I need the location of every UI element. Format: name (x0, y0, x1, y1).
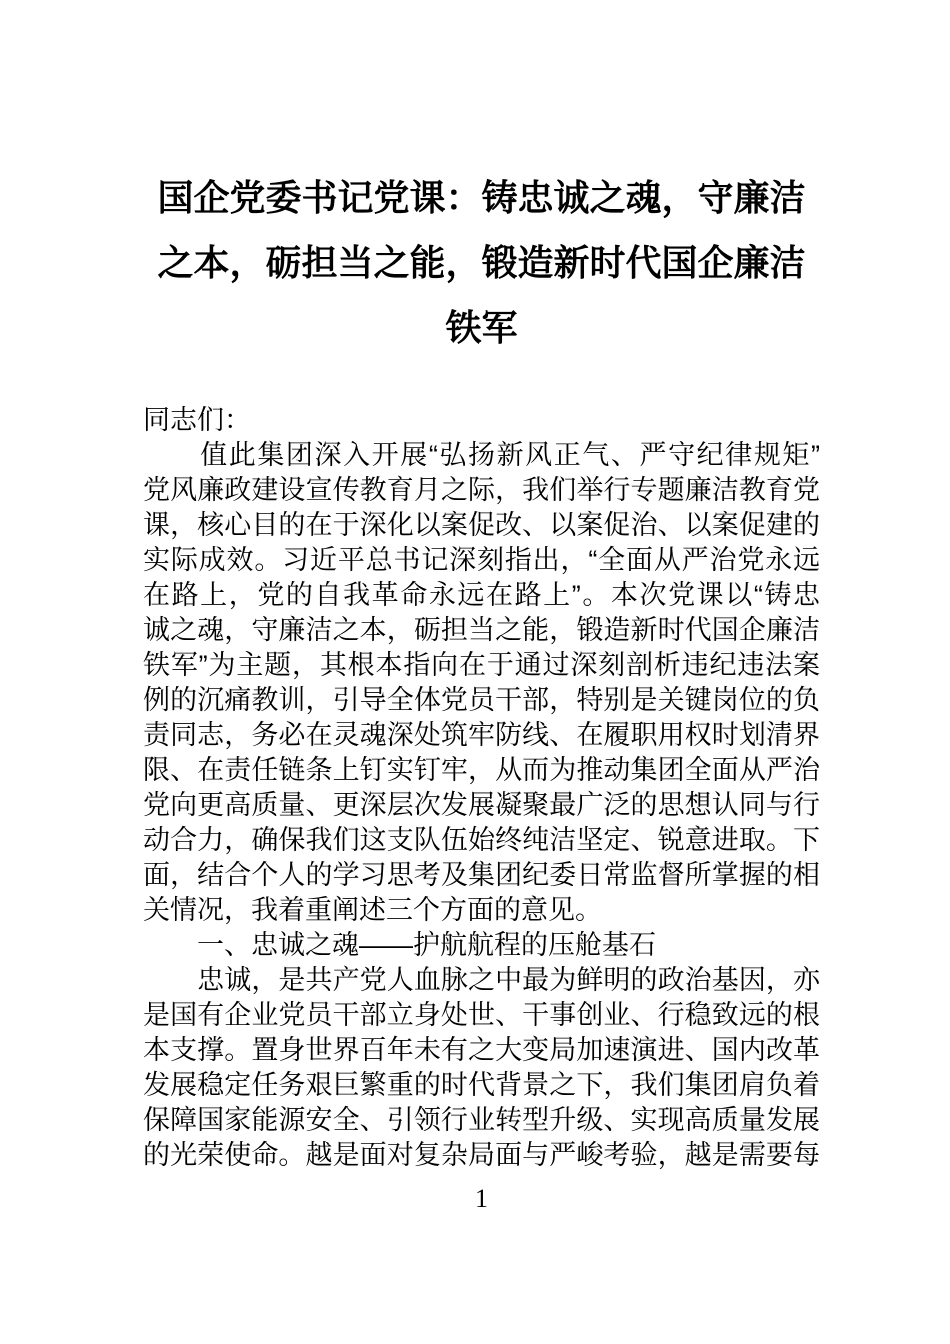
body-text-line: 值此集团深入开展“弘扬新风正气、严守纪律规矩” (143, 438, 820, 473)
title-line: 之本，砺担当之能，锻造新时代国企廉洁 (143, 230, 820, 295)
body-text-line: 是国有企业党员干部立身处世、干事创业、行稳致远的根 (143, 998, 820, 1033)
body-text-line: 本支撑。置身世界百年未有之大变局加速演进、国内改革 (143, 1033, 820, 1068)
body-text-line: 党向更高质量、更深层次发展凝聚最广泛的思想认同与行 (143, 788, 820, 823)
page-number: 1 (143, 1181, 820, 1216)
body-text-line: 关情况，我着重阐述三个方面的意见。 (143, 893, 820, 928)
title-line: 铁军 (143, 295, 820, 360)
document-page: 国企党委书记党课：铸忠诚之魂，守廉洁之本，砺担当之能，锻造新时代国企廉洁铁军 同… (0, 0, 950, 1344)
body-text-line: 党风廉政建设宣传教育月之际，我们举行专题廉洁教育党 (143, 473, 820, 508)
body-text-line: 同志们： (143, 403, 820, 438)
body-text-line: 在路上，党的自我革命永远在路上”。本次党课以“铸忠 (143, 578, 820, 613)
body-text-line: 保障国家能源安全、引领行业转型升级、实现高质量发展 (143, 1103, 820, 1138)
body-text-line: 面，结合个人的学习思考及集团纪委日常监督所掌握的相 (143, 858, 820, 893)
document-body: 同志们： 值此集团深入开展“弘扬新风正气、严守纪律规矩”党风廉政建设宣传教育月之… (143, 403, 820, 1173)
body-text-line: 铁军”为主题，其根本指向在于通过深刻剖析违纪违法案 (143, 648, 820, 683)
body-text-line: 忠诚，是共产党人血脉之中最为鲜明的政治基因，亦 (143, 963, 820, 998)
body-text-line: 课，核心目的在于深化以案促改、以案促治、以案促建的 (143, 508, 820, 543)
body-text-line: 一、忠诚之魂——护航航程的压舱基石 (143, 928, 820, 963)
body-text-line: 责同志，务必在灵魂深处筑牢防线、在履职用权时划清界 (143, 718, 820, 753)
body-text-line: 限、在责任链条上钉实钉牢，从而为推动集团全面从严治 (143, 753, 820, 788)
body-text-line: 实际成效。习近平总书记深刻指出，“全面从严治党永远 (143, 543, 820, 578)
body-text-line: 的光荣使命。越是面对复杂局面与严峻考验，越是需要每 (143, 1138, 820, 1173)
document-title: 国企党委书记党课：铸忠诚之魂，守廉洁之本，砺担当之能，锻造新时代国企廉洁铁军 (143, 0, 820, 360)
title-line: 国企党委书记党课：铸忠诚之魂，守廉洁 (143, 165, 820, 230)
body-text-line: 发展稳定任务艰巨繁重的时代背景之下，我们集团肩负着 (143, 1068, 820, 1103)
body-text-line: 例的沉痛教训，引导全体党员干部，特别是关键岗位的负 (143, 683, 820, 718)
document-content: 国企党委书记党课：铸忠诚之魂，守廉洁之本，砺担当之能，锻造新时代国企廉洁铁军 同… (0, 0, 950, 1216)
body-text-line: 诚之魂，守廉洁之本，砺担当之能，锻造新时代国企廉洁 (143, 613, 820, 648)
body-text-line: 动合力，确保我们这支队伍始终纯洁坚定、锐意进取。下 (143, 823, 820, 858)
